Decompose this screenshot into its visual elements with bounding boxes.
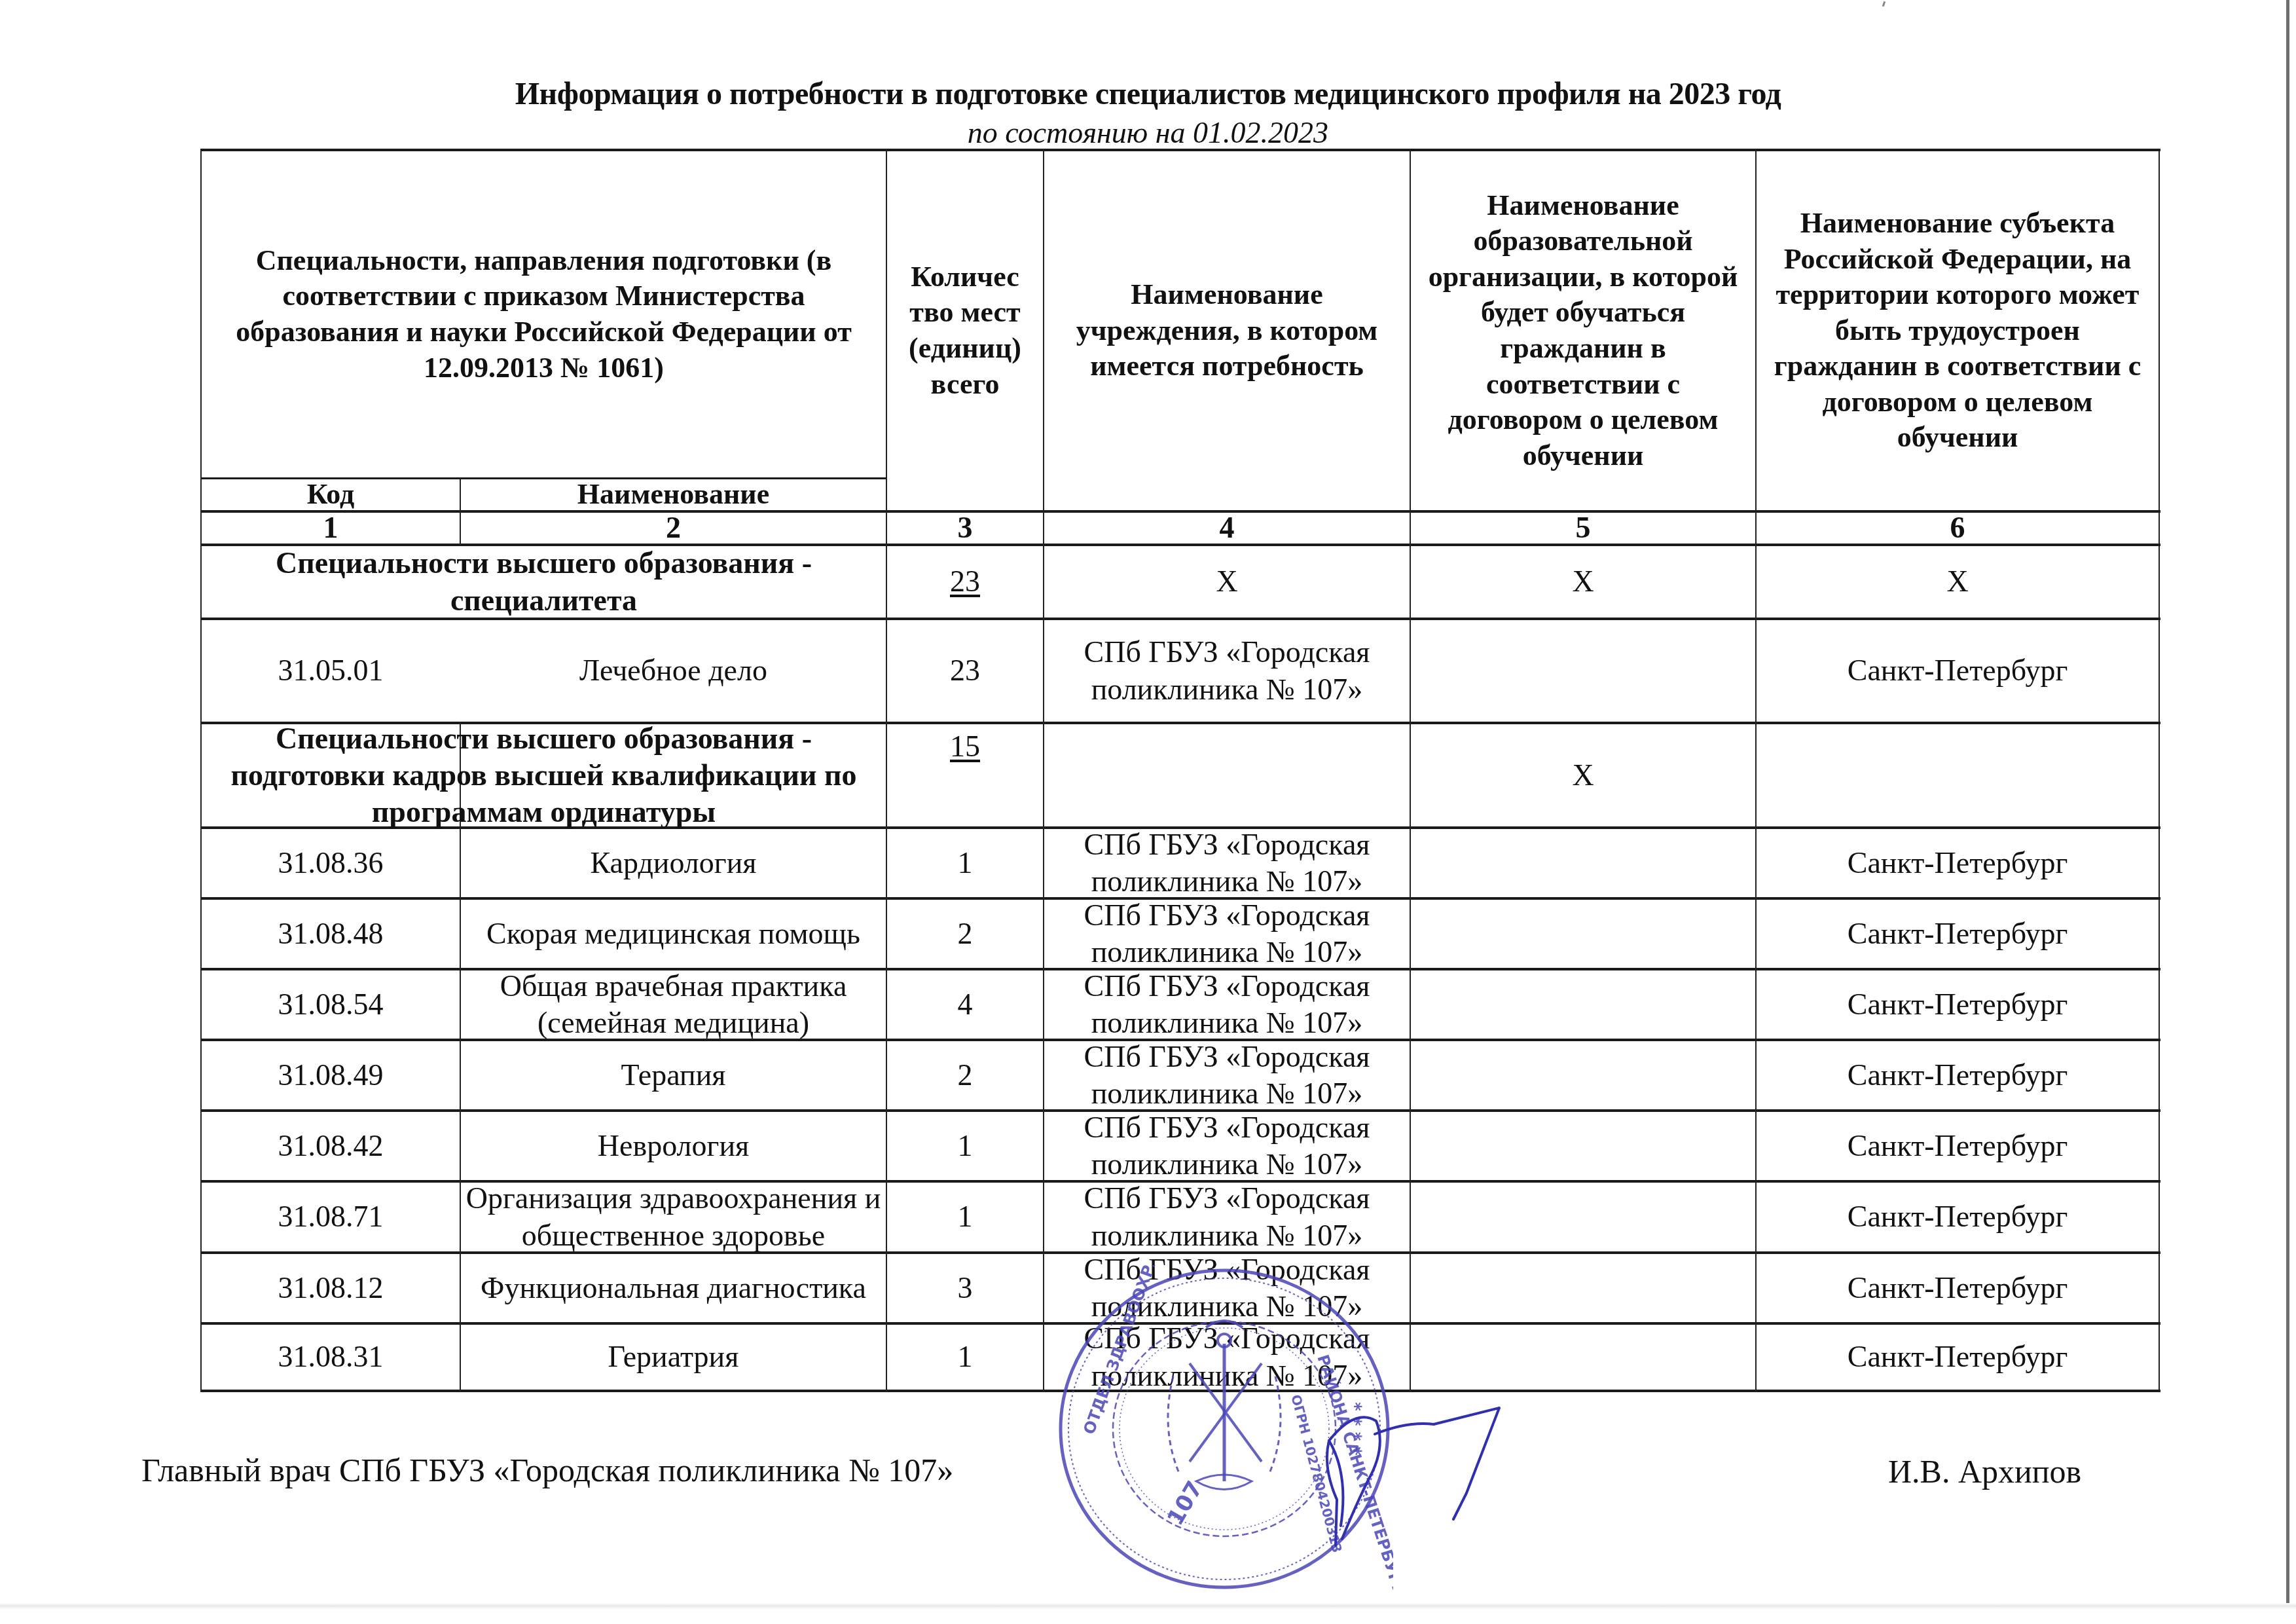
header-specialties: Специальности, направления подготовки (в… — [202, 151, 886, 477]
column-number: 5 — [1411, 513, 1755, 544]
row-name: Кардиология — [461, 829, 886, 897]
column-number: 3 — [887, 513, 1043, 544]
row-region: Санкт-Петербург — [1757, 1112, 2159, 1180]
section-region: X — [1757, 546, 2159, 618]
row-institution: СПб ГБУЗ «Городская поликлиника № 107» — [1044, 1254, 1410, 1322]
row-edu-org — [1411, 829, 1755, 897]
column-number: 6 — [1757, 513, 2159, 544]
scan-speck — [1882, 1, 1886, 7]
row-code: 31.08.71 — [202, 1183, 460, 1251]
svg-text:ОГРН 1027804200313: ОГРН 1027804200313 — [1288, 1393, 1345, 1555]
signature-icon — [1303, 1395, 1512, 1559]
row-edu-org — [1411, 1325, 1755, 1390]
row-region: Санкт-Петербург — [1757, 1041, 2159, 1109]
row-code: 31.08.12 — [202, 1254, 460, 1322]
row-region: Санкт-Петербург — [1757, 900, 2159, 968]
section-region — [1757, 724, 2159, 826]
header-edu-org: Наименование образовательной организации… — [1411, 151, 1755, 510]
row-institution: СПб ГБУЗ «Городская поликлиника № 107» — [1044, 620, 1410, 722]
row-edu-org — [1411, 970, 1755, 1039]
section-total: 23 — [887, 546, 1043, 618]
row-region: Санкт-Петербург — [1757, 1183, 2159, 1251]
section-institution — [1044, 724, 1410, 826]
section-title: Специальности высшего образования - спец… — [202, 546, 886, 618]
scan-edge-shadow — [2286, 0, 2289, 1608]
row-region: Санкт-Петербург — [1757, 1254, 2159, 1322]
row-edu-org — [1411, 900, 1755, 968]
row-places: 1 — [887, 1183, 1043, 1251]
row-edu-org — [1411, 1041, 1755, 1109]
row-name: Общая врачебная практика (семейная медиц… — [461, 970, 886, 1039]
row-name: Гериатрия — [461, 1325, 886, 1390]
row-places: 1 — [887, 1325, 1043, 1390]
section-total: 15 — [887, 724, 1043, 826]
header-name: Наименование — [461, 479, 886, 510]
column-number: 1 — [202, 513, 460, 544]
signatory-position: Главный врач СПб ГБУЗ «Городская поликли… — [141, 1451, 953, 1489]
row-institution: СПб ГБУЗ «Городская поликлиника № 107» — [1044, 1183, 1410, 1251]
row-institution: СПб ГБУЗ «Городская поликлиника № 107» — [1044, 1325, 1410, 1390]
header-code: Код — [202, 479, 460, 510]
section-edu-org: X — [1411, 546, 1755, 618]
row-places: 2 — [887, 900, 1043, 968]
row-institution: СПб ГБУЗ «Городская поликлиника № 107» — [1044, 970, 1410, 1039]
row-institution: СПб ГБУЗ «Городская поликлиника № 107» — [1044, 1041, 1410, 1109]
row-institution: СПб ГБУЗ «Городская поликлиника № 107» — [1044, 1112, 1410, 1180]
row-region: Санкт-Петербург — [1757, 620, 2159, 722]
row-region: Санкт-Петербург — [1757, 970, 2159, 1039]
row-edu-org — [1411, 1254, 1755, 1322]
row-code: 31.08.42 — [202, 1112, 460, 1180]
row-name: Лечебное дело — [461, 620, 886, 722]
section-title: Специальности высшего образования - подг… — [202, 724, 886, 826]
header-places: Количес тво мест (единиц) всего — [887, 151, 1043, 510]
header-institution: Наименование учреждения, в котором имеет… — [1044, 151, 1410, 510]
row-code: 31.08.49 — [202, 1041, 460, 1109]
header-region: Наименование субъекта Российской Федерац… — [1757, 151, 2159, 510]
row-places: 2 — [887, 1041, 1043, 1109]
row-region: Санкт-Петербург — [1757, 1325, 2159, 1390]
section-edu-org: X — [1411, 724, 1755, 826]
svg-text:* * * *: * * * * — [1352, 1402, 1372, 1456]
row-name: Функциональная диагностика — [461, 1254, 886, 1322]
row-region: Санкт-Петербург — [1757, 829, 2159, 897]
row-places: 23 — [887, 620, 1043, 722]
row-name: Неврология — [461, 1112, 886, 1180]
column-number: 2 — [461, 513, 886, 544]
signatory-name: И.В. Архипов — [1888, 1452, 2081, 1490]
row-code: 31.08.48 — [202, 900, 460, 968]
row-code: 31.05.01 — [202, 620, 460, 722]
row-name: Терапия — [461, 1041, 886, 1109]
column-number: 4 — [1044, 513, 1410, 544]
row-edu-org — [1411, 1183, 1755, 1251]
document-title: Информация о потребности в подготовке сп… — [0, 76, 2296, 112]
row-name: Организация здравоохранения и общественн… — [461, 1183, 886, 1251]
row-edu-org — [1411, 620, 1755, 722]
row-institution: СПб ГБУЗ «Городская поликлиника № 107» — [1044, 829, 1410, 897]
row-institution: СПб ГБУЗ «Городская поликлиника № 107» — [1044, 900, 1410, 968]
row-code: 31.08.36 — [202, 829, 460, 897]
document-subtitle: по состоянию на 01.02.2023 — [0, 115, 2296, 150]
row-places: 1 — [887, 1112, 1043, 1180]
section-institution: X — [1044, 546, 1410, 618]
table-border-right — [2159, 149, 2160, 1392]
svg-text:107: 107 — [1162, 1477, 1208, 1530]
row-edu-org — [1411, 1112, 1755, 1180]
scan-bottom-shadow — [0, 1603, 2296, 1610]
row-name: Скорая медицинская помощь — [461, 900, 886, 968]
row-code: 31.08.54 — [202, 970, 460, 1039]
row-places: 4 — [887, 970, 1043, 1039]
row-places: 3 — [887, 1254, 1043, 1322]
row-places: 1 — [887, 829, 1043, 897]
row-code: 31.08.31 — [202, 1325, 460, 1390]
